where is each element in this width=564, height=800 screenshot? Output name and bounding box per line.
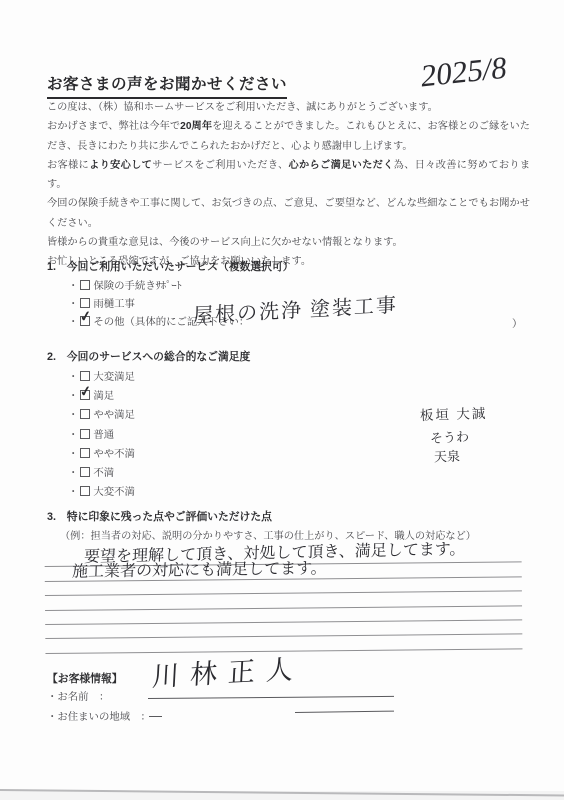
question-3-example-hint: （例：担当者の対応、説明の分かりやすさ、工事の仕上がり、スピード、職人の対応など… bbox=[60, 527, 476, 542]
intro-text: この度は、（株）協和ホームサービスをご利用いただき、誠にありがとうございます。 … bbox=[47, 98, 530, 272]
question-2-satisfaction: 2. 今回のサービスへの総合的なご満足度 ・大変満足 ・✓満足 ・やや満足 ・普… bbox=[47, 349, 250, 502]
checkbox-unchecked-icon bbox=[80, 448, 90, 458]
intro-paragraph: おかげさまで、弊社は今年で20周年を迎えることができました。これもひとえに、お客… bbox=[47, 117, 530, 156]
intro-paragraph: 皆様からの貴重な意見は、今後のサービス向上に欠かせない情報となります。 bbox=[47, 233, 530, 252]
area-underline-short bbox=[149, 716, 162, 717]
intro-paragraph: この度は、（株）協和ホームサービスをご利用いただき、誠にありがとうございます。 bbox=[47, 98, 530, 117]
handwritten-customer-name: 川林正人 bbox=[151, 656, 304, 691]
area-underline bbox=[295, 711, 394, 713]
intro-paragraph: お客様により安心してサービスをご利用いただき、心からご満足いただく為、日々改善に… bbox=[47, 156, 530, 195]
checkbox-unchecked-icon bbox=[80, 298, 90, 308]
question-2-heading: 2. 今回のサービスへの総合的なご満足度 bbox=[47, 349, 250, 364]
name-label: ・お名前 ： bbox=[47, 688, 109, 703]
q2-option-very-dissatisfied: ・大変不満 bbox=[68, 483, 250, 502]
question-3-heading: 3. 特に印象に残った点やご評価いただけた点 bbox=[47, 509, 476, 524]
q2-option-very-satisfied: ・大変満足 bbox=[68, 368, 250, 387]
handwritten-margin-note: そうわ bbox=[430, 430, 470, 445]
handwritten-margin-note: 天泉 bbox=[434, 450, 460, 464]
handwritten-date: 2025/8 bbox=[420, 51, 508, 91]
checkbox-unchecked-icon bbox=[80, 280, 90, 290]
checkbox-checked-icon: ✓ bbox=[80, 390, 90, 400]
name-underline bbox=[148, 696, 394, 699]
area-label: ・お住まいの地域 ： bbox=[47, 708, 151, 723]
page-title: お客さまの声をお聞かせください bbox=[47, 72, 287, 99]
q2-option-neutral: ・普通 bbox=[68, 426, 250, 445]
checkbox-checked-icon: ✓ bbox=[80, 316, 90, 326]
q1-option-insurance-support: ・保険の手続きｻﾎﾟｰﾄ bbox=[68, 278, 294, 296]
question-3-impressions: 3. 特に印象に残った点やご評価いただけた点 （例：担当者の対応、説明の分かりや… bbox=[47, 509, 476, 542]
q1-other-closing-paren: ） bbox=[512, 315, 522, 330]
checkbox-unchecked-icon bbox=[80, 467, 90, 477]
anniversary-emphasis: 20周年 bbox=[180, 121, 212, 132]
customer-info-heading: 【お客様情報】 bbox=[47, 671, 123, 686]
handwritten-margin-note: 板垣 大誠 bbox=[420, 407, 488, 423]
checkbox-unchecked-icon bbox=[80, 371, 90, 381]
q2-option-satisfied: ・✓満足 bbox=[68, 387, 250, 406]
checkbox-unchecked-icon bbox=[80, 409, 90, 419]
question-2-options: ・大変満足 ・✓満足 ・やや満足 ・普通 ・やや不満 ・不満 ・大変不満 bbox=[68, 368, 250, 502]
q2-option-dissatisfied: ・不満 bbox=[68, 464, 250, 483]
q2-option-somewhat-dissatisfied: ・やや不満 bbox=[68, 445, 250, 464]
q2-option-somewhat-satisfied: ・やや満足 bbox=[68, 406, 250, 425]
question-1-heading: 1. 今回ご利用いただいたサービス（複数選択可） bbox=[47, 259, 294, 274]
checkbox-unchecked-icon bbox=[80, 486, 90, 496]
scanned-survey-form: お客さまの声をお聞かせください 2025/8 この度は、（株）協和ホームサービス… bbox=[0, 0, 564, 800]
intro-paragraph: 今回の保険手続きや工事に関して、お気づきの点、ご意見、ご要望など、どんな些細なこ… bbox=[47, 194, 530, 233]
checkbox-unchecked-icon bbox=[80, 429, 90, 439]
